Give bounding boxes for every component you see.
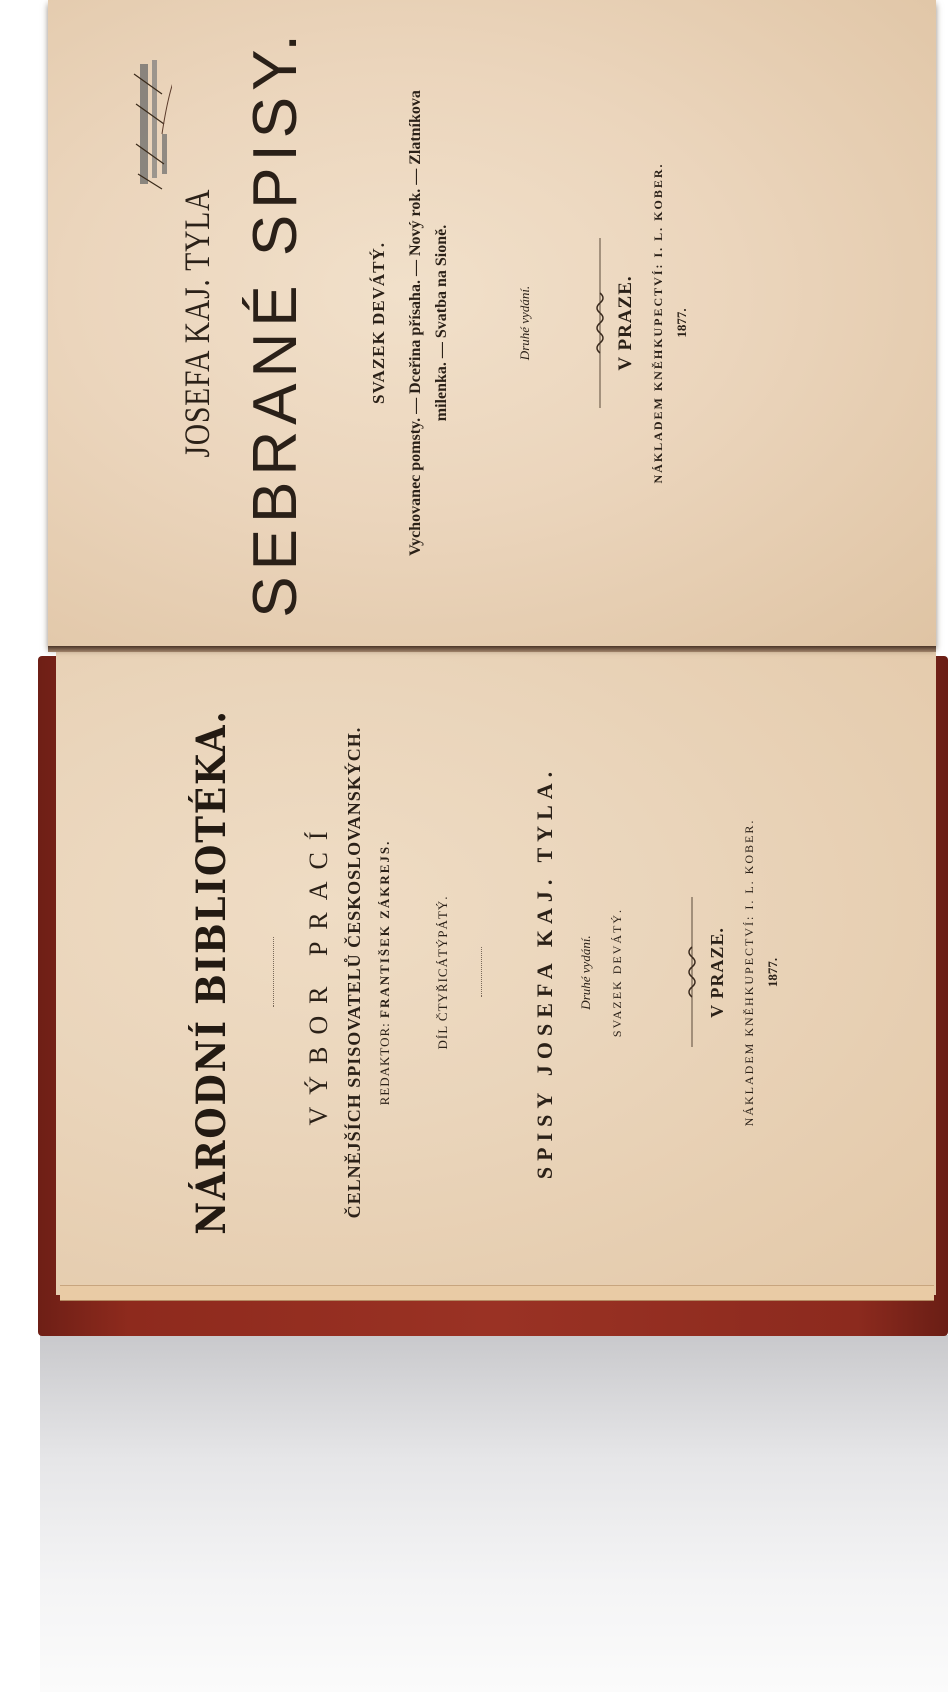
city: V PRAZE. <box>615 275 637 370</box>
volume: SVAZEK DEVÁTÝ. <box>369 242 389 404</box>
divider <box>273 938 274 1008</box>
scan-background <box>40 1335 948 1692</box>
divider <box>481 948 482 998</box>
ornament-icon <box>593 238 607 408</box>
year: 1877. <box>674 308 690 337</box>
page-edge <box>60 1285 934 1301</box>
edition: Druhé vydání. <box>517 286 533 360</box>
page-fold <box>48 646 936 652</box>
volume: SVAZEK DEVÁTÝ. <box>610 908 625 1037</box>
series-subtitle: VÝBOR PRACÍ <box>304 819 334 1125</box>
year: 1877. <box>765 958 781 987</box>
ornament-icon <box>685 898 699 1048</box>
title-page: JOSEFA KAJ. TYLA SEBRANÉ SPISY. SVAZEK D… <box>48 0 936 646</box>
work-title: SPISY JOSEFA KAJ. TYLA. <box>532 766 558 1179</box>
editor-line: REDAKTOR: FRANTIŠEK ZÁKREJS. <box>377 840 393 1106</box>
half-title-page: NÁRODNÍ BIBLIOTÉKA. VÝBOR PRACÍ ČELNĚJŠÍ… <box>56 650 936 1295</box>
title-content: JOSEFA KAJ. TYLA SEBRANÉ SPISY. SVAZEK D… <box>48 0 936 646</box>
author: JOSEFA KAJ. TYLA <box>176 189 218 458</box>
series-title: NÁRODNÍ BIBLIOTÉKA. <box>188 710 235 1236</box>
edition: Druhé vydání. <box>578 935 594 1009</box>
series-subtitle-line2: ČELNĚJŠÍCH SPISOVATELŮ ČESKOSLOVANSKÝCH. <box>344 727 365 1219</box>
contents: Vychovanec pomsty. — Dceřina přísaha. — … <box>403 73 455 573</box>
publisher: NÁKLADEM KNĚHKUPECTVÍ: I. L. KOBER. <box>651 162 666 483</box>
publisher: NÁKLADEM KNĚHKUPECTVÍ: I. L. KOBER. <box>742 819 757 1127</box>
editor-label: REDAKTOR: <box>377 1022 392 1105</box>
part-number: DÍL ČTYŘICÁTÝPÁTÝ. <box>435 896 451 1050</box>
half-title-content: NÁRODNÍ BIBLIOTÉKA. VÝBOR PRACÍ ČELNĚJŠÍ… <box>56 650 936 1295</box>
editor-name: FRANTIŠEK ZÁKREJS. <box>377 840 392 1018</box>
city: V PRAZE. <box>707 927 728 1018</box>
book-title: SEBRANÉ SPISY. <box>240 28 311 617</box>
